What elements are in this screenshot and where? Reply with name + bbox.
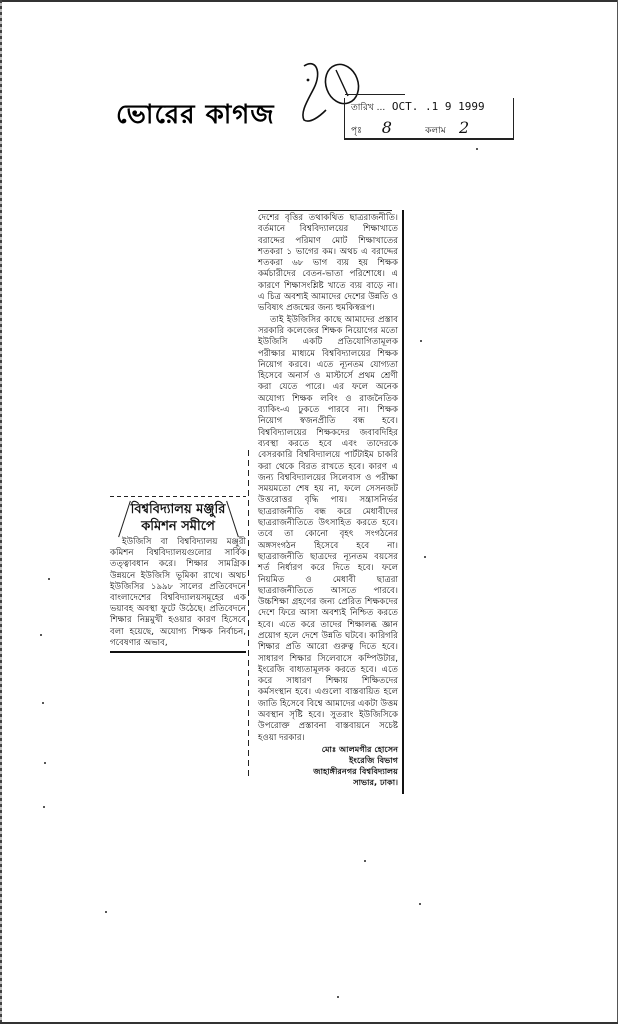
- author-department: ইংরেজি বিভাগ: [258, 755, 398, 766]
- scan-edge-left: [0, 0, 2, 1024]
- author-location: সাভার, ঢাকা।: [258, 777, 398, 788]
- headline-line-1: বিশ্ববিদ্যালয় মঞ্জুরি: [110, 501, 246, 518]
- stamp-date-value: OCT. .1 9 1999: [392, 100, 485, 113]
- scan-speck: [42, 702, 44, 704]
- article-right-column: দেশের বৃত্তির তথাকথিত ছাত্ররাজনীতি। বর্ত…: [254, 210, 404, 794]
- scan-speck: [105, 911, 107, 913]
- article-paragraph-2: তাই ইউজিসির কাছে আমাদের প্রস্তাব সরকারি …: [258, 315, 398, 744]
- stamp-column-value: 2: [459, 118, 469, 137]
- clipping-date-stamp: তারিখ ... OCT. .1 9 1999 পৃঃ 8 কলাম 2: [344, 98, 514, 140]
- stamp-page-label: পৃঃ: [351, 126, 362, 136]
- scan-speck: [43, 806, 45, 808]
- author-university: জাহাঙ্গীরনগর বিশ্ববিদ্যালয়: [258, 766, 398, 777]
- scan-speck: [424, 556, 426, 558]
- scan-edge-top: [0, 0, 618, 2]
- scan-speck: [364, 860, 366, 862]
- newspaper-masthead: ভোরের কাগজ: [116, 94, 275, 138]
- stamp-column-label: কলাম: [425, 126, 446, 136]
- author-name: মোঃ আলমগীর হোসেন: [258, 744, 398, 755]
- article-headline: বিশ্ববিদ্যালয় মঞ্জুরি কমিশন সমীপে: [110, 501, 246, 535]
- author-signature: মোঃ আলমগীর হোসেন ইংরেজি বিভাগ জাহাঙ্গীরন…: [258, 744, 398, 788]
- headline-line-2: কমিশন সমীপে: [110, 518, 246, 535]
- article-paragraph-1: দেশের বৃত্তির তথাকথিত ছাত্ররাজনীতি। বর্ত…: [258, 213, 398, 315]
- article-left-body: ইউজিসি বা বিশ্ববিদ্যালয় মঞ্জুরী কমিশন ব…: [110, 537, 246, 649]
- scan-speck: [48, 578, 50, 580]
- stamp-page-row: পৃঃ 8 কলাম 2: [351, 118, 469, 138]
- scan-speck: [476, 148, 478, 150]
- scan-speck: [44, 762, 46, 764]
- scan-speck: [40, 634, 42, 636]
- stamp-date-row: তারিখ ... OCT. .1 9 1999: [351, 100, 485, 115]
- scan-speck: [337, 996, 339, 998]
- stamp-page-value: 8: [382, 118, 392, 137]
- article-left-column: বিশ্ববিদ্যালয় মঞ্জুরি কমিশন সমীপে ইউজিস…: [110, 496, 246, 653]
- stamp-date-label: তারিখ ...: [351, 103, 385, 113]
- scan-speck: [419, 903, 421, 905]
- scan-speck: [420, 340, 422, 342]
- column-divider: [248, 450, 249, 780]
